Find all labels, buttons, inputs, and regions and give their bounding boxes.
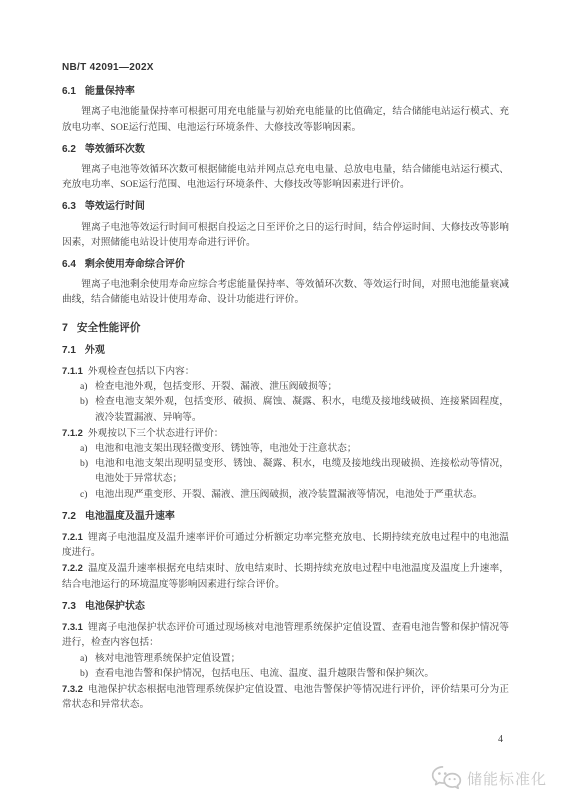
paragraph-text: 锂离子电池剩余使用寿命应综合考虑能量保持率、等效循环次数、等效运行时间，对照电池… <box>62 279 509 305</box>
section-number: 7.3 <box>62 601 76 612</box>
chapter-heading: 7安全性能评价 <box>62 321 509 336</box>
list-item-text: 检查电池支架外观，包括变形、破损、腐蚀、凝露、积水，电缆及接地线破损、连接紧固程… <box>95 396 509 422</box>
section-title: 剩余使用寿命综合评价 <box>85 259 185 270</box>
list-item: a)检查电池外观，包括变形、开裂、漏液、泄压阀破损等； <box>62 379 509 394</box>
page-number: 4 <box>498 734 503 745</box>
section-heading: 6.1能量保持率 <box>62 84 509 99</box>
section-heading: 6.4剩余使用寿命综合评价 <box>62 257 509 272</box>
clause-number: 7.2.1 <box>62 531 83 542</box>
list-marker: c) <box>80 487 95 502</box>
clause-paragraph: 7.2.2温度及温升速率根据充电结束时、放电结束时、长期持续充放电过程中电池温度… <box>62 560 509 591</box>
list-item-text: 核对电池管理系统保护定值设置； <box>95 653 240 664</box>
section-number: 6.2 <box>62 144 76 155</box>
list-item-text: 电池出现严重变形、开裂、漏液、泄压阀破损，液冷装置漏液等情况，电池处于严重状态。 <box>95 489 483 500</box>
paragraph: 锂离子电池能量保持率可根据可用充电能量与初始充电能量的比值确定，结合储能电站运行… <box>62 104 509 134</box>
clause-paragraph: 7.2.1锂离子电池温度及温升速率评价可通过分析额定功率完整充放电、长期持续充放… <box>62 529 509 560</box>
section-title: 等效运行时间 <box>85 201 145 212</box>
wechat-icon <box>431 765 462 791</box>
paragraph: 锂离子电池等效循环次数可根据储能电站并网点总充电电量、总放电电量，结合储能电站运… <box>62 162 509 192</box>
paragraph-text: 锂离子电池等效运行时间可根据自投运之日至评价之日的运行时间，结合停运时间、大修技… <box>62 222 509 248</box>
section-number: 6.4 <box>62 259 76 270</box>
watermark-text: 储能标准化 <box>467 768 547 789</box>
watermark: 储能标准化 <box>431 765 547 791</box>
clause-paragraph: 7.1.1外观检查包括以下内容： <box>62 363 509 379</box>
clause-number: 7.3.2 <box>62 683 83 694</box>
clause-text: 锂离子电池温度及温升速率评价可通过分析额定功率完整充放电、长期持续充放电过程中的… <box>62 532 509 558</box>
paragraph: 锂离子电池剩余使用寿命应综合考虑能量保持率、等效循环次数、等效运行时间，对照电池… <box>62 277 509 307</box>
document-page: NB/T 42091—202X 6.1能量保持率锂离子电池能量保持率可根据可用充… <box>0 0 565 800</box>
section-number: 7.2 <box>62 511 76 522</box>
list-marker: a) <box>80 651 95 666</box>
clause-number: 7.1.1 <box>62 365 83 376</box>
section-title: 电池保护状态 <box>85 601 145 612</box>
clause-number: 7.3.1 <box>62 621 83 632</box>
standard-number-header: NB/T 42091—202X <box>62 60 509 75</box>
clause-text: 电池保护状态根据电池管理系统保护定值设置、电池告警保护等情况进行评价，评价结果可… <box>62 684 509 710</box>
clause-text: 温度及温升速率根据充电结束时、放电结束时、长期持续充放电过程中电池温度及温度上升… <box>62 563 509 589</box>
list-item-text: 查看电池告警和保护情况，包括电压、电流、温度、温升越限告警和保护频次。 <box>95 668 434 679</box>
section-heading: 6.3等效运行时间 <box>62 199 509 214</box>
list-item-text: 电池和电池支架出现明显变形、锈蚀、凝露、积水，电缆及接地线出现破损、连接松动等情… <box>95 458 509 484</box>
list-marker: b) <box>80 394 95 409</box>
list-item: b)查看电池告警和保护情况，包括电压、电流、温度、温升越限告警和保护频次。 <box>62 666 509 681</box>
section-title: 外观 <box>85 345 105 356</box>
document-body: NB/T 42091—202X 6.1能量保持率锂离子电池能量保持率可根据可用充… <box>0 0 565 712</box>
list-marker: a) <box>80 441 95 456</box>
paragraph-text: 锂离子电池能量保持率可根据可用充电能量与初始充电能量的比值确定，结合储能电站运行… <box>62 106 509 132</box>
list-item: a)电池和电池支架出现轻微变形、锈蚀等，电池处于注意状态； <box>62 441 509 456</box>
section-title: 安全性能评价 <box>77 322 141 334</box>
section-title: 电池温度及温升速率 <box>85 511 175 522</box>
clause-text: 锂离子电池保护状态评价可通过现场核对电池管理系统保护定值设置、查看电池告警和保护… <box>62 622 509 648</box>
section-heading: 6.2等效循环次数 <box>62 142 509 157</box>
paragraph-text: 锂离子电池等效循环次数可根据储能电站并网点总充电电量、总放电电量，结合储能电站运… <box>62 164 509 190</box>
clause-text: 外观检查包括以下内容： <box>88 366 195 377</box>
section-title: 能量保持率 <box>85 86 135 97</box>
section-number: 6.3 <box>62 201 76 212</box>
clause-paragraph: 7.1.2外观按以下三个状态进行评价： <box>62 425 509 441</box>
section-title: 等效循环次数 <box>85 144 145 155</box>
list-marker: b) <box>80 666 95 681</box>
section-number: 7 <box>62 322 68 334</box>
list-item: b)电池和电池支架出现明显变形、锈蚀、凝露、积水，电缆及接地线出现破损、连接松动… <box>62 456 509 486</box>
section-heading: 7.1外观 <box>62 343 509 358</box>
list-item-text: 检查电池外观，包括变形、开裂、漏液、泄压阀破损等； <box>95 381 337 392</box>
list-item: b)检查电池支架外观，包括变形、破损、腐蚀、凝露、积水，电缆及接地线破损、连接紧… <box>62 394 509 424</box>
clause-paragraph: 7.3.2电池保护状态根据电池管理系统保护定值设置、电池告警保护等情况进行评价，… <box>62 681 509 712</box>
section-number: 6.1 <box>62 86 76 97</box>
list-item: c)电池出现严重变形、开裂、漏液、泄压阀破损，液冷装置漏液等情况，电池处于严重状… <box>62 487 509 502</box>
list-item: a)核对电池管理系统保护定值设置； <box>62 651 509 666</box>
clause-text: 外观按以下三个状态进行评价： <box>88 428 224 439</box>
clause-paragraph: 7.3.1锂离子电池保护状态评价可通过现场核对电池管理系统保护定值设置、查看电池… <box>62 619 509 650</box>
clause-number: 7.2.2 <box>62 562 83 573</box>
list-item-text: 电池和电池支架出现轻微变形、锈蚀等，电池处于注意状态； <box>95 443 357 454</box>
section-heading: 7.3电池保护状态 <box>62 599 509 614</box>
clause-number: 7.1.2 <box>62 427 83 438</box>
list-marker: b) <box>80 456 95 471</box>
section-heading: 7.2电池温度及温升速率 <box>62 509 509 524</box>
list-marker: a) <box>80 379 95 394</box>
paragraph: 锂离子电池等效运行时间可根据自投运之日至评价之日的运行时间，结合停运时间、大修技… <box>62 220 509 250</box>
section-number: 7.1 <box>62 345 76 356</box>
